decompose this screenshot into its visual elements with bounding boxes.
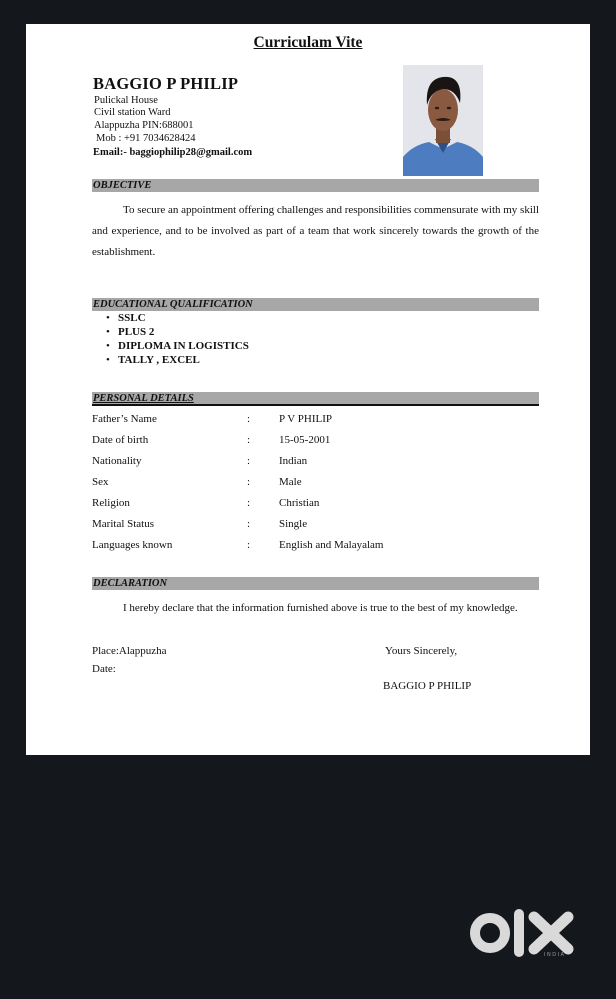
candidate-name: BAGGIO P PHILIP [93,74,238,94]
detail-label: Sex [92,476,109,488]
resume-page: Curriculam Vite BAGGIO P PHILIP Pulickal… [26,24,590,755]
personal-heading-text: PERSONAL DETAILS [93,393,194,404]
closing-text: Yours Sincerely, [385,645,457,657]
detail-value: Single [279,518,307,530]
detail-separator: : [247,539,250,551]
objective-heading-text: OBJECTIVE [93,180,151,191]
profile-photo [403,65,483,176]
detail-row: Father’s Name : P V PHILIP [92,413,539,434]
address-line-1: Pulickal House [94,95,158,107]
detail-label: Marital Status [92,518,154,530]
detail-row: Marital Status : Single [92,518,539,539]
detail-separator: : [247,518,250,530]
email-address: Email:- baggiophilip28@gmail.com [93,147,252,159]
section-heading-declaration: DECLARATION [92,577,539,590]
detail-separator: : [247,497,250,509]
signature-name: BAGGIO P PHILIP [383,680,471,692]
detail-value: Male [279,476,302,488]
declaration-paragraph: I hereby declare that the information fu… [123,602,518,614]
detail-label: Date of birth [92,434,148,446]
detail-value: P V PHILIP [279,413,332,425]
detail-label: Nationality [92,455,142,467]
detail-value: English and Malayalam [279,539,383,551]
detail-label: Religion [92,497,130,509]
objective-paragraph: To secure an appointment offering challe… [92,204,539,258]
declaration-heading-text: DECLARATION [93,578,167,589]
detail-separator: : [247,455,250,467]
declaration-text: I hereby declare that the information fu… [92,601,539,616]
detail-label: Father’s Name [92,413,157,425]
detail-value: Indian [279,455,307,467]
date-text: Date: [92,663,116,675]
detail-row: Religion : Christian [92,497,539,518]
education-item: TALLY , EXCEL [106,353,249,367]
detail-separator: : [247,434,250,446]
olx-region-label: INDIA [544,952,565,958]
detail-row: Sex : Male [92,476,539,497]
education-heading-text: EDUCATIONAL QUALIFICATION [93,299,253,310]
person-photo-icon [403,65,483,176]
education-item: PLUS 2 [106,325,249,339]
mobile-number: Mob : +91 7034628424 [96,133,196,145]
section-heading-education: EDUCATIONAL QUALIFICATION [92,298,539,311]
detail-value: 15-05-2001 [279,434,330,446]
detail-separator: : [247,413,250,425]
olx-watermark: INDIA [470,905,580,965]
education-item: SSLC [106,311,249,325]
objective-text: To secure an appointment offering challe… [92,200,539,263]
place-text: Place:Alappuzha [92,645,167,657]
detail-separator: : [247,476,250,488]
detail-row: Languages known : English and Malayalam [92,539,539,560]
document-title: Curriculam Vite [26,34,590,52]
education-list: SSLC PLUS 2 DIPLOMA IN LOGISTICS TALLY ,… [106,311,249,367]
address-line-3: Alappuzha PIN:688001 [94,120,193,132]
section-heading-personal: PERSONAL DETAILS [92,392,539,406]
detail-value: Christian [279,497,319,509]
detail-row: Nationality : Indian [92,455,539,476]
address-line-2: Civil station Ward [94,107,171,119]
detail-row: Date of birth : 15-05-2001 [92,434,539,455]
detail-label: Languages known [92,539,172,551]
section-heading-objective: OBJECTIVE [92,179,539,192]
education-item: DIPLOMA IN LOGISTICS [106,339,249,353]
